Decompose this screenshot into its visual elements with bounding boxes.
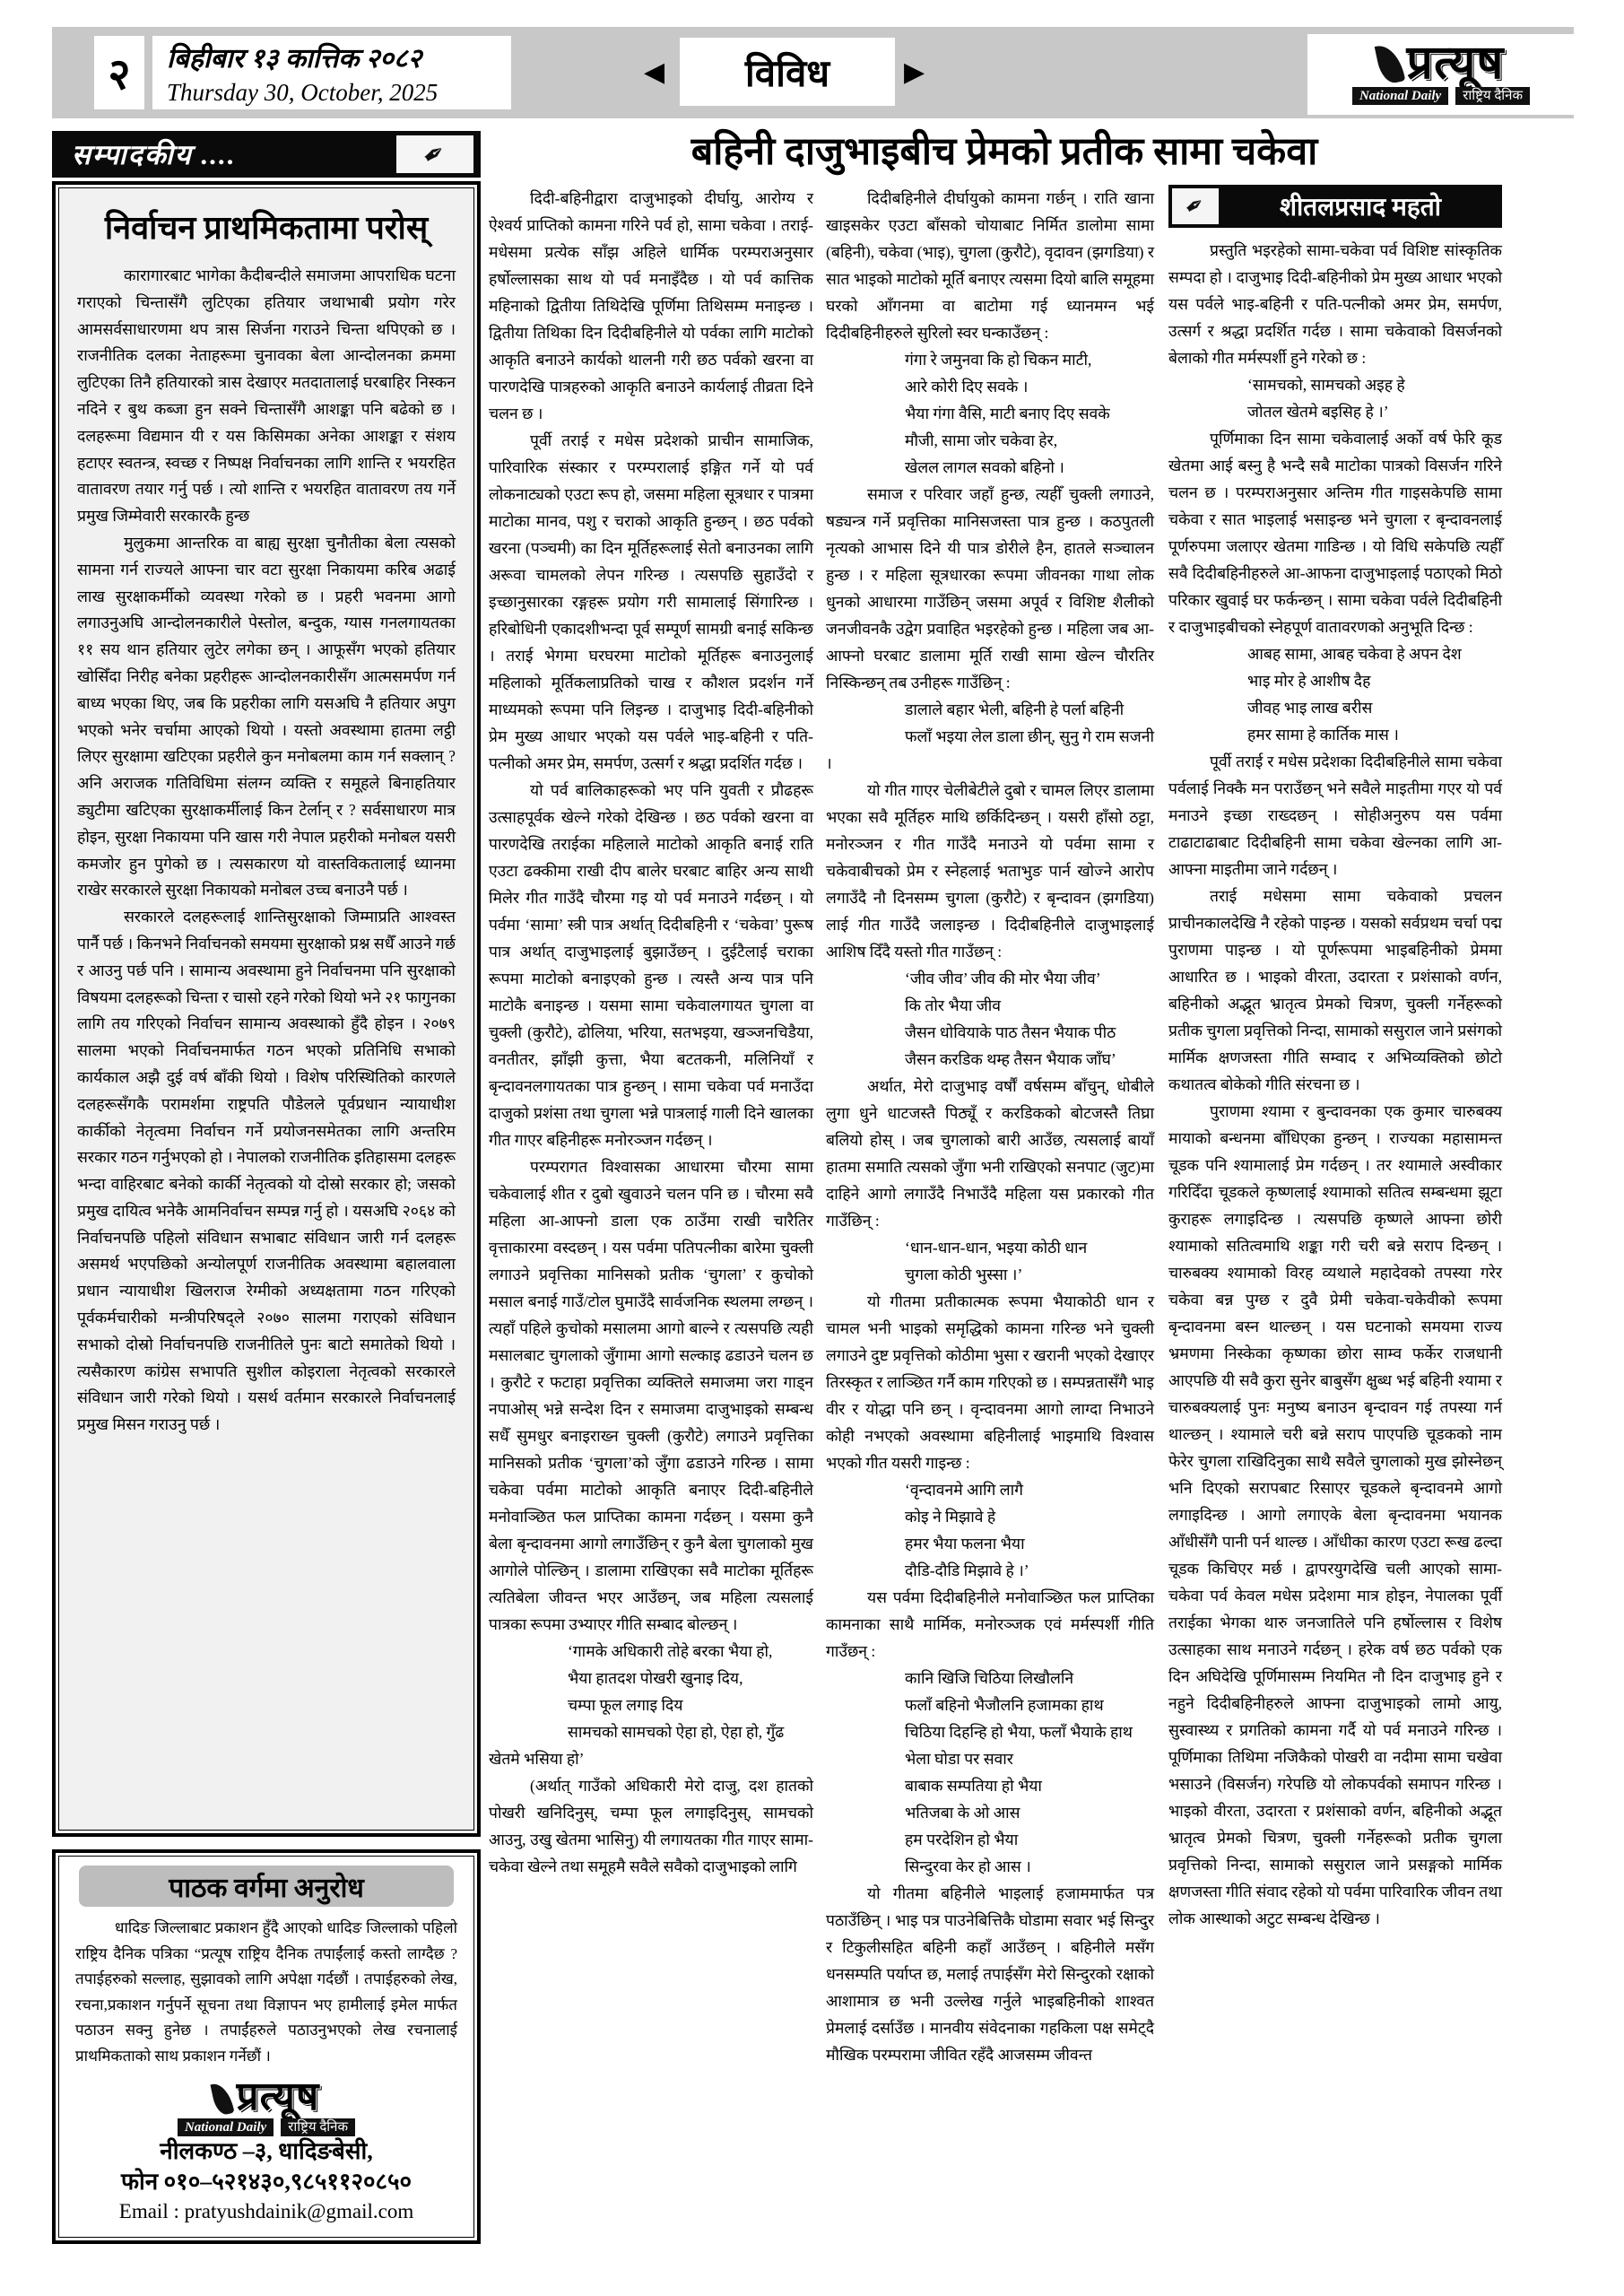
verse: ‘धान-धान-धान, भइया कोठी धानचुगला कोठी भु… (826, 1234, 1154, 1288)
paragraph: यो गीत गाएर चेलीबेटीले दुबो र चामल लिएर … (826, 777, 1154, 965)
contact-address: नीलकण्ठ –३, धादिङबेसी, (75, 2136, 457, 2167)
verse-line: जोतल खेतमे बइसिह हे ।’ (1168, 398, 1502, 425)
reader-request-box: पाठक वर्गमा अनुरोध धादिङ जिल्लाबाट प्रका… (52, 1849, 481, 2244)
contact-phone: फोन ०१०–५२१४३०,९८५११२०८५० (75, 2167, 457, 2197)
verse-line: जैसन करडिक थम्ह तैसन भैयाक जाँघ’ (826, 1046, 1154, 1073)
editorial-label: सम्पादकीय .... (72, 135, 396, 173)
verse: ‘गामके अधिकारी तोहे बरका भैया हो,भैया हा… (489, 1638, 813, 1772)
paragraph: यस पर्वमा दिदीबहिनीले मनोवाञ्छित फल प्रा… (826, 1584, 1154, 1665)
verse-line: हमर भैया फलना भैया (826, 1530, 1154, 1557)
article-headline: बहिनी दाजुभाइबीच प्रेमको प्रतीक सामा चके… (489, 127, 1520, 185)
editorial-header-bar: सम्पादकीय .... ✒ (52, 131, 481, 178)
paragraph: परम्परागत विश्वासका आधारमा चौरमा सामा चक… (489, 1153, 813, 1638)
logo-wordmark: प्रत्यूष (237, 2079, 320, 2115)
page-number: २ (94, 36, 144, 109)
verse-line: सामचको सामचको ऐहा हो, ऐहा हो, गुँढ खेतमे… (489, 1718, 813, 1772)
editorial-body: कारागारबाट भागेका कैदीबन्दीले समाजमा आपर… (77, 263, 456, 1439)
verse-line: हम परदेशिन हो भैया (826, 1826, 1154, 1853)
verse: गंगा रे जमुनवा कि हो चिकन माटी,आरे कोरी … (826, 346, 1154, 481)
paragraph: यो गीतमा प्रतीकात्मक रूपमा भैयाकोठी धान … (826, 1288, 1154, 1476)
paragraph: दिदी-बहिनीद्वारा दाजुभाइको दीर्घायु, आरो… (489, 185, 813, 427)
verse-line: कानि खिजि चिठिया लिखौलनि (826, 1665, 1154, 1692)
verse-line: डालाले बहार भेली, बहिनी हे पर्ला बहिनी (826, 696, 1154, 723)
verse-line: कोइ ने मिझावे हे (826, 1503, 1154, 1530)
logo-subtitle-en: National Daily (1352, 87, 1448, 105)
verse-line: भैया गंगा वैसि, माटी बनाए दिए सवके (826, 400, 1154, 427)
article-column-3-body: प्रस्तुति भइरहेको सामा-चकेवा पर्व विशिष्… (1168, 237, 1502, 1932)
verse: ‘सामचको, सामचको अइह हेजोतल खेतमे बइसिह ह… (1168, 371, 1502, 425)
verse-line: सिन्दुरवा केर हो आस । (826, 1853, 1154, 1880)
date-english: Thursday 30, October, 2025 (167, 77, 497, 108)
verse-line: ‘वृन्दावनमे आगि लागै (826, 1476, 1154, 1503)
verse: कानि खिजि चिठिया लिखौलनिफलाँ बहिनो भैजौल… (826, 1665, 1154, 1880)
article-column-1: दिदी-बहिनीद्वारा दाजुभाइको दीर्घायु, आरो… (489, 185, 813, 2068)
verse-line: आबह सामा, आबह चकेवा हे अपन देश (1168, 640, 1502, 667)
article-column-3: ✒ शीतलप्रसाद महतो प्रस्तुति भइरहेको सामा… (1168, 185, 1502, 2068)
paragraph: कारागारबाट भागेका कैदीबन्दीले समाजमा आपर… (77, 263, 456, 530)
verse-line: चिठिया दिहन्हि हो भैया, फलाँ भैयाके हाथ (826, 1718, 1154, 1745)
verse-line: भतिजबा के ओ आस (826, 1799, 1154, 1826)
paragraph: यो पर्व बालिकाहरूको भए पनि युवती र प्रौढ… (489, 777, 813, 1153)
paragraph: प्रस्तुति भइरहेको सामा-चकेवा पर्व विशिष्… (1168, 237, 1502, 371)
author-name: शीतलप्रसाद महतो (1219, 189, 1502, 223)
editorial-heading: निर्वाचन प्राथमिकतामा परोस् (77, 204, 456, 248)
date-nepali: बिहीबार १३ कात्तिक २०८२ (167, 41, 497, 77)
verse-line: मौजी, सामा जोर चकेवा हेर, (826, 427, 1154, 454)
paragraph: सरकारले दलहरूलाई शान्तिसुरक्षाको जिम्माप… (77, 904, 456, 1439)
paragraph: पूर्णिमाका दिन सामा चकेवालाई अर्को वर्ष … (1168, 425, 1502, 640)
verse-line: ‘गामके अधिकारी तोहे बरका भैया हो, (489, 1638, 813, 1665)
paragraph: पुराणमा श्यामा र बुन्दावनका एक कुमार चार… (1168, 1098, 1502, 1932)
verse-line: चुगला कोठी भुस्सा ।’ (826, 1261, 1154, 1288)
verse-line: ‘जीव जीव’ जीव की मोर भैया जीव’ (826, 965, 1154, 992)
masthead-logo: प्रत्यूष National Daily राष्ट्रिय दैनिक (1307, 34, 1575, 115)
paragraph: (अर्थात् गाउँको अधिकारी मेरो दाजु, दश हा… (489, 1772, 813, 1880)
verse-line: जीवह भाइ लाख बरीस (1168, 694, 1502, 721)
logo-subtitle-en: National Daily (178, 2118, 274, 2136)
flame-icon (1374, 42, 1405, 85)
reader-request-heading: पाठक वर्गमा अनुरोध (79, 1865, 454, 1907)
verse: आबह सामा, आबह चकेवा हे अपन देशभाइ मोर हे… (1168, 640, 1502, 748)
editorial-box: निर्वाचन प्राथमिकतामा परोस् कारागारबाट भ… (52, 181, 481, 1837)
verse-line: जैसन धोवियाके पाठ तैसन भैयाक पीठ (826, 1019, 1154, 1046)
header-bar: २ बिहीबार १३ कात्तिक २०८२ Thursday 30, O… (52, 27, 1574, 118)
article-column-2: दिदीबहिनीले दीर्घायुको कामना गर्छन् । रा… (826, 185, 1154, 2068)
contact-block: नीलकण्ठ –३, धादिङबेसी, फोन ०१०–५२१४३०,९८… (75, 2136, 457, 2226)
section-arrow-right-icon: ▶ (904, 57, 925, 88)
verse: डालाले बहार भेली, बहिनी हे पर्ला बहिनीफल… (826, 696, 1154, 777)
verse-line: भैया हातदश पोखरी खुनाइ दिय, (489, 1665, 813, 1692)
paragraph: दिदीबहिनीले दीर्घायुको कामना गर्छन् । रा… (826, 185, 1154, 346)
verse-line: दौडि-दौडि मिझावे हे ।’ (826, 1557, 1154, 1584)
reader-request-body: धादिङ जिल्लाबाट प्रकाशन हुँदै आएको धादिङ… (75, 1916, 457, 2070)
newspaper-page: { "header": { "page_number": "२", "date_… (0, 0, 1624, 2296)
section-title: विविध (680, 38, 895, 106)
paragraph: मुलुकमा आन्तरिक वा बाह्य सुरक्षा चुनौतीक… (77, 530, 456, 904)
logo-wordmark: प्रत्यूष (1407, 44, 1505, 83)
verse-line: ‘धान-धान-धान, भइया कोठी धान (826, 1234, 1154, 1261)
flame-icon (210, 2081, 234, 2116)
main-article: बहिनी दाजुभाइबीच प्रेमको प्रतीक सामा चके… (489, 127, 1520, 2280)
verse-line: ‘सामचको, सामचको अइह हे (1168, 371, 1502, 398)
paragraph: समाज र परिवार जहाँ हुन्छ, त्यहीँ चुक्ली … (826, 481, 1154, 696)
verse-line: आरे कोरी दिए सवके । (826, 373, 1154, 400)
editorial-pen-box: ✒ (396, 135, 473, 173)
verse-line: हमर सामा हे कार्तिक मास । (1168, 721, 1502, 748)
logo-subtitle-np: राष्ट्रिय दैनिक (1455, 87, 1530, 105)
pen-icon: ✒ (417, 135, 454, 173)
paragraph: अर्थात, मेरो दाजुभाइ वर्षौं वर्षसम्म बाँ… (826, 1073, 1154, 1234)
verse: ‘वृन्दावनमे आगि लागैकोइ ने मिझावे हेहमर … (826, 1476, 1154, 1584)
verse-line: कि तोर भैया जीव (826, 992, 1154, 1019)
footer-logo: प्रत्यूष National Daily राष्ट्रिय दैनिक (75, 2079, 457, 2136)
verse-line: खेलल लागल सवको बहिनो । (826, 454, 1154, 481)
verse-line: बाबाक सम्पतिया हो भैया (826, 1772, 1154, 1799)
author-byline-box: ✒ शीतलप्रसाद महतो (1168, 185, 1502, 228)
contact-email: Email : pratyushdainik@gmail.com (75, 2197, 457, 2226)
verse: ‘जीव जीव’ जीव की मोर भैया जीव’कि तोर भैय… (826, 965, 1154, 1073)
paragraph: यो गीतमा बहिनीले भाइलाई हजाममार्फत पत्र … (826, 1880, 1154, 2068)
paragraph: तराई मधेसमा सामा चकेवाको प्रचलन प्राचीनक… (1168, 883, 1502, 1098)
verse-line: चम्पा फूल लगाइ दिय (489, 1692, 813, 1718)
verse-line: भाइ मोर हे आशीष दैह (1168, 667, 1502, 694)
verse-line: फलाँ बहिनो भैजौलनि हजामका हाथ (826, 1692, 1154, 1718)
paragraph: पूर्वी तराई र मधेस प्रदेशका दिदीबहिनीले … (1168, 748, 1502, 883)
author-pen-box: ✒ (1172, 188, 1219, 224)
verse-line: गंगा रे जमुनवा कि हो चिकन माटी, (826, 346, 1154, 373)
section-arrow-left-icon: ◀ (644, 57, 664, 88)
date-box: बिहीबार १३ कात्तिक २०८२ Thursday 30, Oct… (152, 36, 511, 109)
verse-line: फलाँ भइया लेल डाला छीन्, सुनु गे राम सजन… (826, 723, 1154, 777)
pen-icon: ✒ (1179, 189, 1211, 222)
logo-subtitle-np: राष्ट्रिय दैनिक (281, 2118, 355, 2136)
paragraph: पूर्वी तराई र मधेस प्रदेशको प्राचीन सामा… (489, 427, 813, 777)
verse-line: भेला घोडा पर सवार (826, 1745, 1154, 1772)
